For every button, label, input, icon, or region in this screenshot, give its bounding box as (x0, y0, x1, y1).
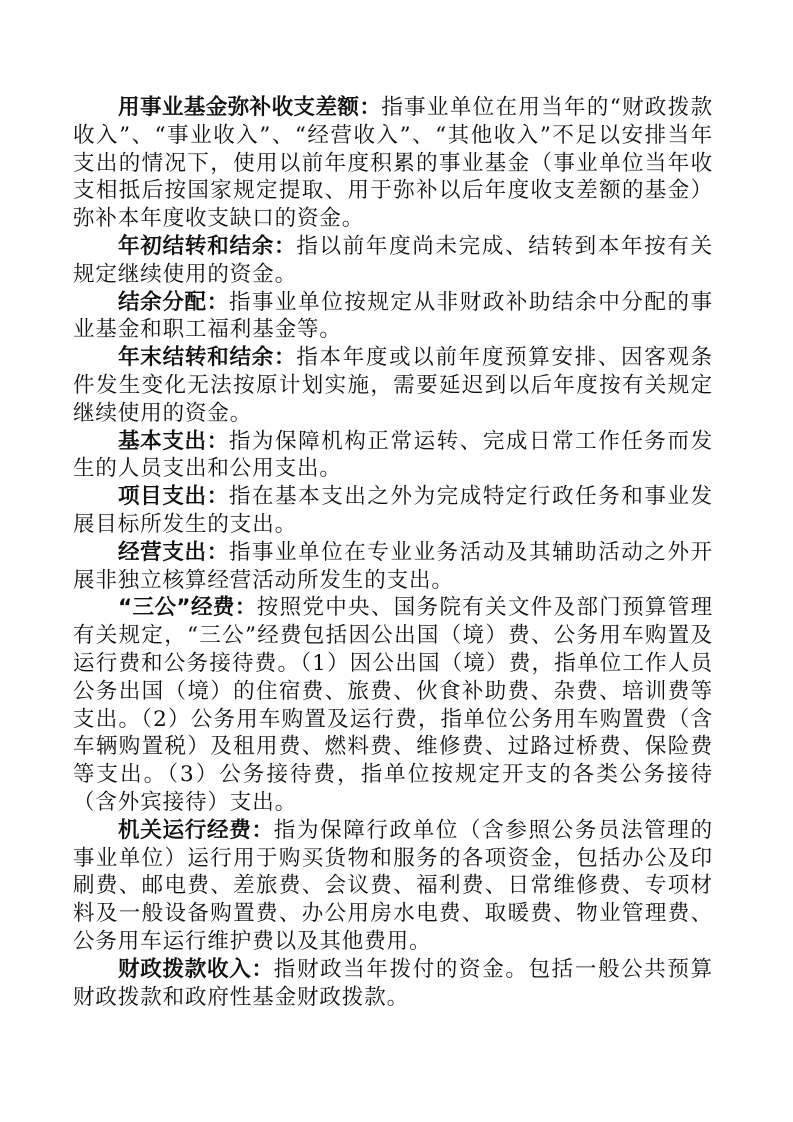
definition-term: “三公”经费： (118, 595, 257, 620)
definition-paragraph-closing-balance: 年末结转和结余：指本年度或以前年度预算安排、因客观条件发生变化无法按原计划实施，… (73, 344, 713, 427)
definition-paragraph-opening-balance: 年初结转和结余：指以前年度尚未完成、结转到本年按有关规定继续使用的资金。 (73, 233, 713, 289)
definition-term: 基本支出： (118, 429, 229, 454)
definition-paragraph-fiscal-appropriation-income: 财政拨款收入：指财政当年拨付的资金。包括一般公共预算财政拨款和政府性基金财政拨款… (73, 956, 713, 1012)
document-page: 用事业基金弥补收支差额：指事业单位在用当年的“财政拨款收入”、“事业收入”、“经… (73, 94, 713, 1011)
definition-term: 项目支出： (118, 484, 229, 509)
definition-paragraph-fund-offset: 用事业基金弥补收支差额：指事业单位在用当年的“财政拨款收入”、“事业收入”、“经… (73, 94, 713, 233)
definition-paragraph-operating-expenditure: 经营支出：指事业单位在专业业务活动及其辅助活动之外开展非独立核算经营活动所发生的… (73, 539, 713, 595)
definition-term: 机关运行经费： (118, 818, 274, 843)
definition-term: 年末结转和结余： (118, 345, 296, 370)
definition-term: 用事业基金弥补收支差额： (118, 95, 381, 120)
definition-term: 结余分配： (118, 290, 229, 315)
definition-term: 财政拨款收入： (118, 957, 274, 982)
definition-term: 年初结转和结余： (118, 234, 296, 259)
definition-paragraph-project-expenditure: 项目支出：指在基本支出之外为完成特定行政任务和事业发展目标所发生的支出。 (73, 483, 713, 539)
definition-term: 经营支出： (118, 540, 229, 565)
definition-paragraph-agency-operating-funds: 机关运行经费：指为保障行政单位（含参照公务员法管理的事业单位）运行用于购买货物和… (73, 817, 713, 956)
definition-paragraph-three-public-expenses: “三公”经费：按照党中央、国务院有关文件及部门预算管理有关规定，“三公”经费包括… (73, 594, 713, 816)
definition-paragraph-basic-expenditure: 基本支出：指为保障机构正常运转、完成日常工作任务而发生的人员支出和公用支出。 (73, 428, 713, 484)
definition-paragraph-surplus-distribution: 结余分配：指事业单位按规定从非财政补助结余中分配的事业基金和职工福利基金等。 (73, 289, 713, 345)
definition-text: 按照党中央、国务院有关文件及部门预算管理有关规定，“三公”经费包括因公出国（境）… (73, 595, 713, 815)
